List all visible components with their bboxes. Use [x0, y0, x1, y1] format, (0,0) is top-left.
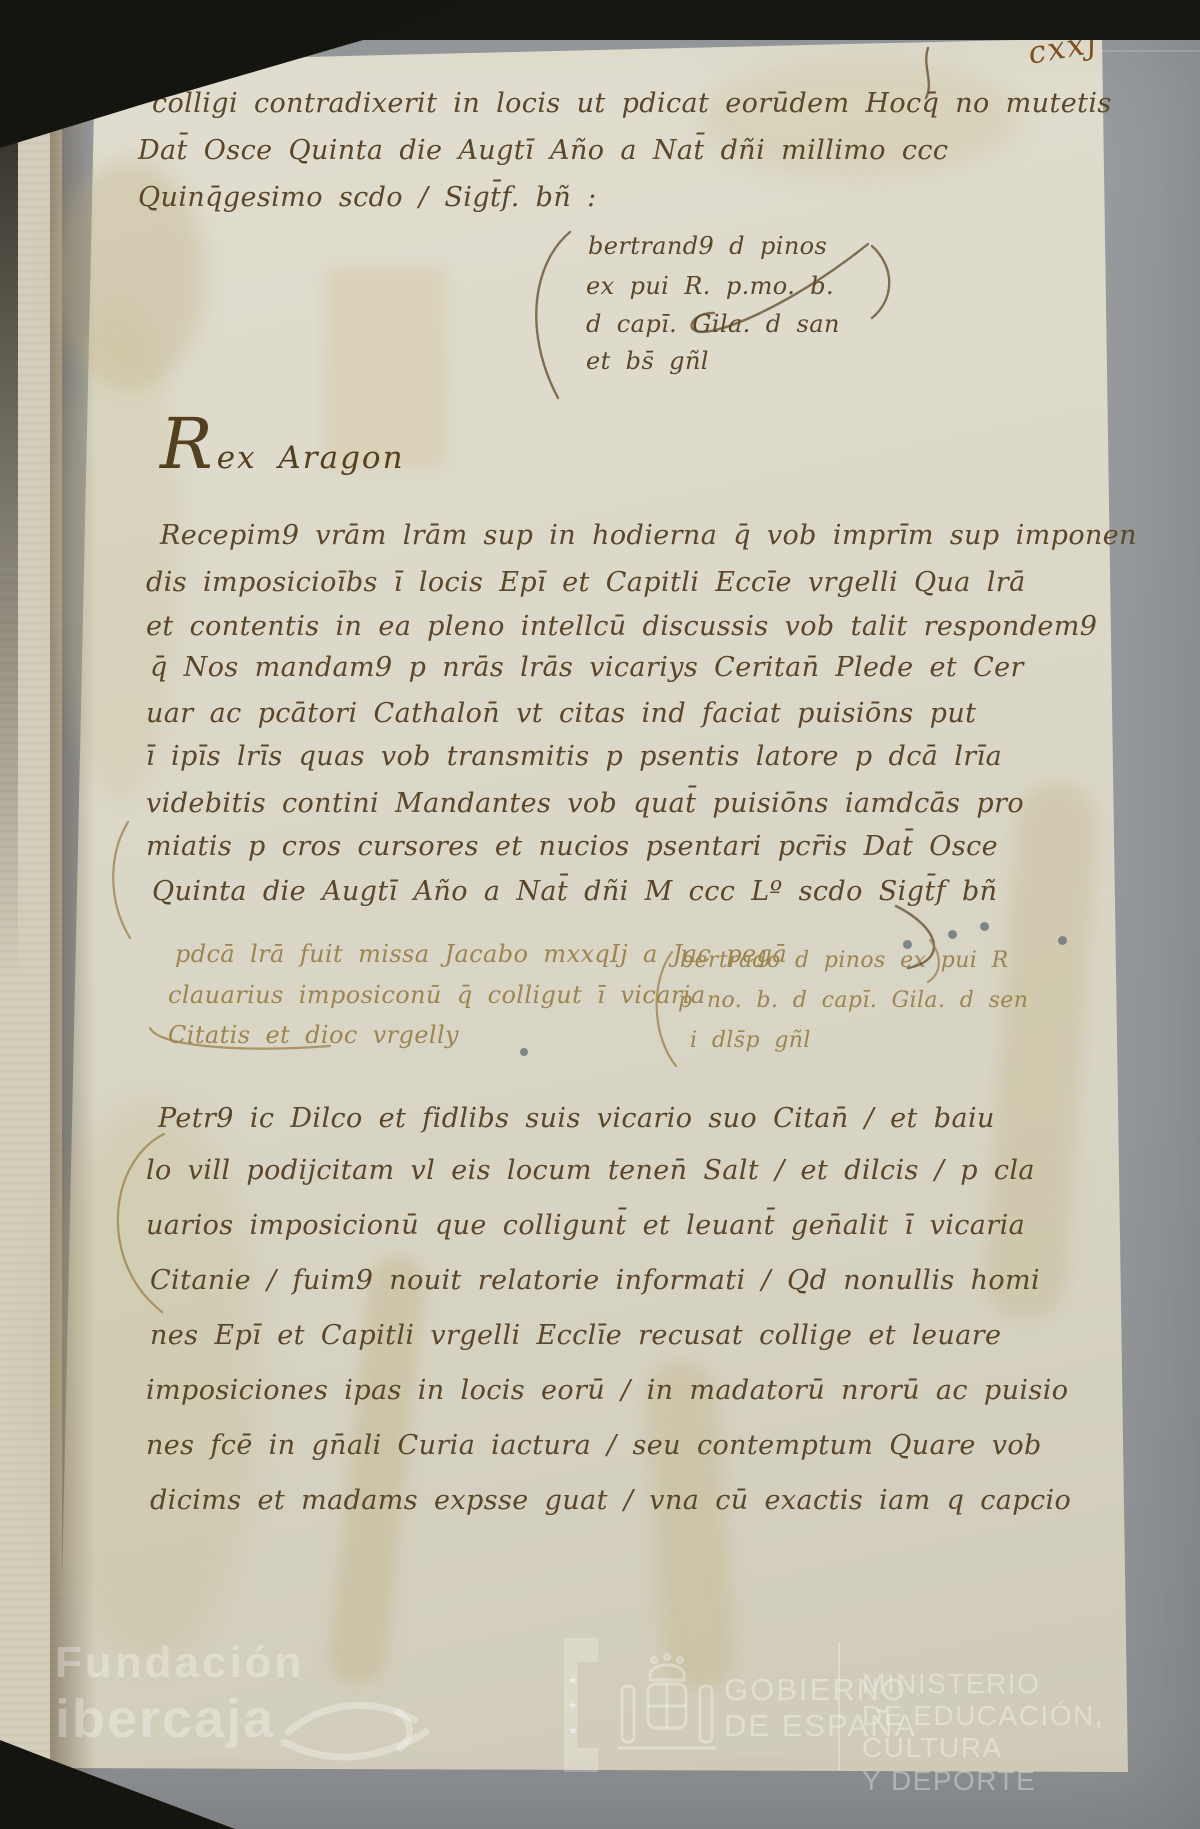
- manuscript-line: uar ac pcātori Cathalon̄ vt citas ind fa…: [146, 698, 976, 729]
- manuscript-line: ī ipīs lrīs quas vob transmitis p psenti…: [146, 741, 1002, 772]
- manuscript-line: Quinta die Augtī Año a Nat̄ dñi M ccc Lº…: [152, 876, 997, 907]
- book-spine-edge: [0, 0, 18, 980]
- manuscript-line: colligi contradixerit in locis ut pdicat…: [152, 88, 1112, 119]
- ink-dot: [1058, 936, 1067, 945]
- manuscript-line: p no. b. d capī. Gila. d sen: [678, 988, 1028, 1013]
- manuscript-line: ex pui R. p.mo. b.: [586, 272, 834, 300]
- manuscript-line: Recepim9 vrām lrām sup in hodierna q̄ vo…: [160, 520, 1137, 551]
- spain-coat-of-arms-icon: [612, 1652, 722, 1764]
- ink-dot: [948, 930, 957, 939]
- manuscript-line: Dat̄ Osce Quinta die Augtī Año a Nat̄ dñ…: [138, 135, 948, 166]
- manuscript-line: Citatis et dioc vrgelly: [168, 1021, 459, 1049]
- ministerio-watermark: MINISTERIO DE EDUCACIÓN, CULTURA Y DEPOR…: [862, 1668, 1200, 1797]
- manuscript-line: lo vill podijcitam vl eis locum tenen̄ S…: [146, 1155, 1035, 1186]
- ink-dot: [980, 922, 989, 931]
- manuscript-line: bertrand9 d pinos: [588, 232, 827, 260]
- manuscript-line: Citanie / fuim9 nouit relatorie informat…: [150, 1265, 1040, 1296]
- manuscript-line: Petr9 ic Dilco et fidlibs suis vicario s…: [158, 1103, 995, 1134]
- manuscript-line: bertrado d pinos ex pui R: [680, 948, 1009, 973]
- manuscript-line: et contentis in ea pleno intellcū discus…: [146, 611, 1097, 642]
- eu-star-icon: ★: [568, 1699, 578, 1712]
- manuscript-line: miatis p cros cursores et nucios psentar…: [146, 831, 998, 862]
- manuscript-line: nes Epī et Capitli vrgelli Ecclīe recusa…: [150, 1320, 1001, 1351]
- manuscript-line: imposiciones ipas in locis eorū / in mad…: [146, 1375, 1068, 1406]
- eu-star-icon: ★: [568, 1724, 578, 1737]
- ibercaja-watermark-line2: ibercaja: [55, 1688, 275, 1750]
- ibercaja-watermark-line1: Fundación: [55, 1638, 304, 1688]
- manuscript-line: uarios imposicionū que colligunt̄ et leu…: [146, 1210, 1025, 1241]
- ink-dot: [520, 1048, 528, 1056]
- ink-dot: [903, 940, 912, 949]
- manuscript-line: d capī. Gila. d san: [586, 310, 840, 338]
- manuscript-line: Quinq̄gesimo scdo / Sigt̄f. bñ :: [138, 182, 597, 213]
- ministerio-line2: DE EDUCACIÓN, CULTURA: [862, 1700, 1200, 1764]
- manuscript-line: dis imposicioībs ī locis Epī et Capitli …: [146, 567, 1026, 598]
- watermark-divider: [838, 1642, 840, 1770]
- letter-heading: Rex Aragon: [160, 418, 405, 476]
- photo-backdrop: cxxj colligi contradixerit in locis ut p…: [0, 0, 1200, 1829]
- manuscript-line: q̄ Nos mandam9 p nrās lrās vicariys Ceri…: [150, 652, 1024, 683]
- eu-star-icon: ★: [568, 1674, 578, 1687]
- ibercaja-logo-icon: [280, 1690, 430, 1770]
- manuscript-line: clauarius imposiconū q̄ colligut ī vicar…: [168, 981, 706, 1009]
- ministerio-line3: Y DEPORTE: [862, 1765, 1200, 1797]
- ministerio-line1: MINISTERIO: [862, 1668, 1200, 1700]
- manuscript-line: videbitis contini Mandantes vob quat̄ pu…: [146, 788, 1024, 819]
- manuscript-line: dicims et madams expsse guat / vna cū ex…: [150, 1485, 1071, 1516]
- manuscript-line: nes fcē in gn̄ali Curia iactura / seu co…: [146, 1430, 1042, 1461]
- manuscript-line: et bs̄ gñl: [586, 347, 709, 375]
- manuscript-line: i dls̄p gñl: [690, 1028, 811, 1053]
